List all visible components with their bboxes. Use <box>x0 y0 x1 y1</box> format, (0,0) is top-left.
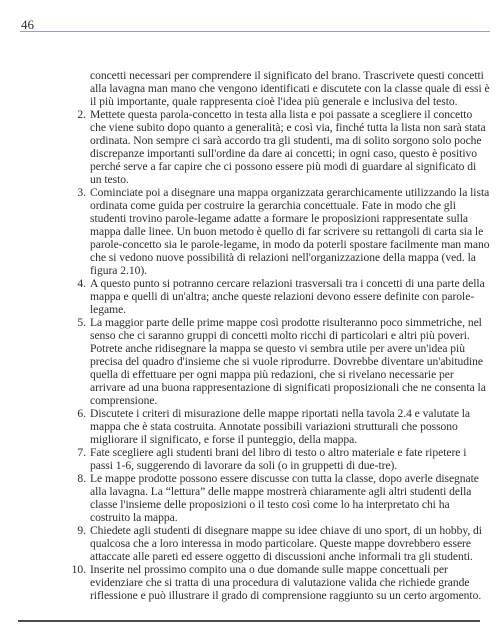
list-item: 7.Fate scegliere agli studenti brani del… <box>90 446 490 472</box>
steps-list: 2.Mettete questa parola-concetto in test… <box>90 108 490 602</box>
body-text: concetti necessari per comprendere il si… <box>90 69 490 602</box>
list-item: 9.Chiedete agli studenti di disegnare ma… <box>90 524 490 563</box>
list-item-number: 9. <box>77 524 86 537</box>
list-item-text: Le mappe prodotte possono essere discuss… <box>90 472 490 524</box>
list-item: 6.Discutete i criteri di misurazione del… <box>90 407 490 446</box>
list-item: 4.A questo punto si potranno cercare rel… <box>90 277 490 316</box>
list-item-text: Discutete i criteri di misurazione delle… <box>90 407 490 446</box>
list-item-number: 10. <box>72 563 86 576</box>
list-item-text: Inserite nel prossimo compito una o due … <box>90 563 490 602</box>
list-item-text: Chiedete agli studenti di disegnare mapp… <box>90 524 490 563</box>
header-rule <box>20 31 490 32</box>
lead-paragraph: concetti necessari per comprendere il si… <box>90 69 490 108</box>
list-item-number: 7. <box>77 446 86 459</box>
list-item-text: La maggior parte delle prime mappe così … <box>90 316 490 407</box>
list-item-number: 5. <box>77 316 86 329</box>
list-item-text: Fate scegliere agli studenti brani del l… <box>90 446 490 472</box>
list-item-text: Mettete questa parola-concetto in testa … <box>90 108 490 186</box>
list-item-text: Cominciate poi a disegnare una mappa org… <box>90 186 490 277</box>
list-item-number: 8. <box>77 472 86 485</box>
list-item-text: A questo punto si potranno cercare relaz… <box>90 277 490 316</box>
list-item: 5.La maggior parte delle prime mappe cos… <box>90 316 490 407</box>
list-item: 10.Inserite nel prossimo compito una o d… <box>90 563 490 602</box>
list-item: 3.Cominciate poi a disegnare una mappa o… <box>90 186 490 277</box>
list-item-number: 3. <box>77 186 86 199</box>
list-item: 8.Le mappe prodotte possono essere discu… <box>90 472 490 524</box>
footer-rule <box>18 620 480 622</box>
list-item-number: 4. <box>77 277 86 290</box>
list-item-number: 6. <box>77 407 86 420</box>
list-item-number: 2. <box>77 108 86 121</box>
list-item: 2.Mettete questa parola-concetto in test… <box>90 108 490 186</box>
